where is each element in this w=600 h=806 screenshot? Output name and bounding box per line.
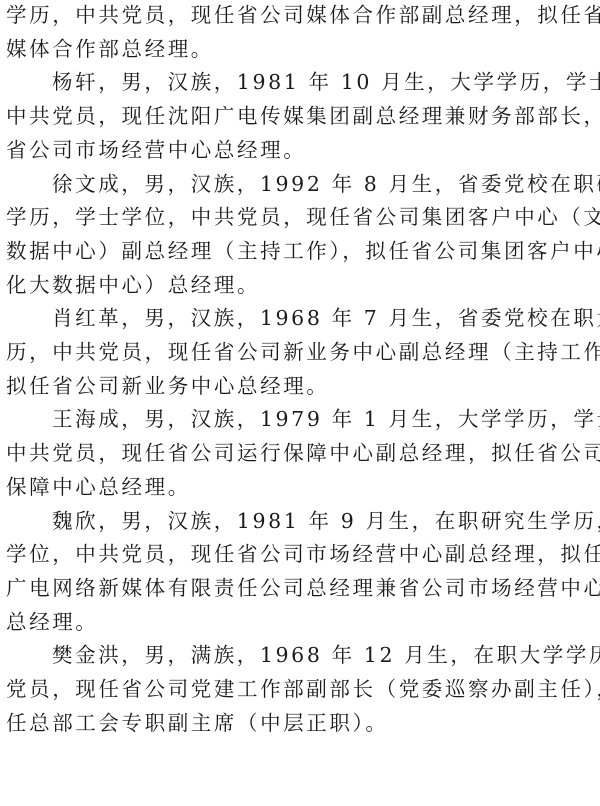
paragraph-xiao-hongge: 肖红革，男，汉族，1968 年 7 月生，省委党校在职大学学 历，中共党员，现任… — [6, 302, 591, 403]
text-line: 学历，学士学位，中共党员，现任省公司集团客户中心（文化大 — [6, 201, 591, 235]
text-line: 肖红革，男，汉族，1968 年 7 月生，省委党校在职大学学 — [6, 302, 591, 336]
text-line: 广电网络新媒体有限责任公司总经理兼省公司市场经营中心副 — [6, 572, 591, 606]
text-line: 历，中共党员，现任省公司新业务中心副总经理（主持工作）， — [6, 336, 591, 370]
text-line: 徐文成，男，汉族，1992 年 8 月生，省委党校在职研究生 — [6, 168, 591, 202]
text-line: 总经理。 — [6, 606, 591, 640]
text-line: 樊金洪，男，满族，1968 年 12 月生，在职大学学历，中共 — [6, 639, 591, 673]
text-line: 媒体合作部总经理。 — [6, 33, 591, 67]
paragraph-xu-wencheng: 徐文成，男，汉族，1992 年 8 月生，省委党校在职研究生 学历，学士学位，中… — [6, 168, 591, 303]
paragraph-continuation: 学历，中共党员，现任省公司媒体合作部副总经理，拟任省公司 媒体合作部总经理。 — [6, 0, 591, 66]
document-page: 学历，中共党员，现任省公司媒体合作部副总经理，拟任省公司 媒体合作部总经理。 杨… — [6, 0, 591, 740]
text-line: 学位，中共党员，现任省公司市场经营中心副总经理，拟任辽宁 — [6, 538, 591, 572]
text-line: 化大数据中心）总经理。 — [6, 269, 591, 303]
text-line: 省公司市场经营中心总经理。 — [6, 134, 591, 168]
paragraph-yang-xuan: 杨轩，男，汉族，1981 年 10 月生，大学学历，学士学位， 中共党员，现任沈… — [6, 66, 591, 167]
paragraph-wei-xin: 魏欣，男，汉族，1981 年 9 月生，在职研究生学历，硕士 学位，中共党员，现… — [6, 505, 591, 640]
text-line: 王海成，男，汉族，1979 年 1 月生，大学学历，学士学位， — [6, 403, 591, 437]
text-line: 党员，现任省公司党建工作部副部长（党委巡察办副主任），拟 — [6, 673, 591, 707]
text-line: 魏欣，男，汉族，1981 年 9 月生，在职研究生学历，硕士 — [6, 505, 591, 539]
text-line: 中共党员，现任省公司运行保障中心副总经理，拟任省公司运行 — [6, 437, 591, 471]
text-line: 杨轩，男，汉族，1981 年 10 月生，大学学历，学士学位， — [6, 66, 591, 100]
paragraph-wang-haicheng: 王海成，男，汉族，1979 年 1 月生，大学学历，学士学位， 中共党员，现任省… — [6, 403, 591, 504]
text-line: 保障中心总经理。 — [6, 471, 591, 505]
text-line: 拟任省公司新业务中心总经理。 — [6, 370, 591, 404]
text-line: 学历，中共党员，现任省公司媒体合作部副总经理，拟任省公司 — [6, 0, 591, 33]
text-line: 任总部工会专职副主席（中层正职）。 — [6, 707, 591, 741]
text-line: 数据中心）副总经理（主持工作），拟任省公司集团客户中心（文 — [6, 235, 591, 269]
text-line: 中共党员，现任沈阳广电传媒集团副总经理兼财务部部长，拟任 — [6, 100, 591, 134]
paragraph-fan-jinhong: 樊金洪，男，满族，1968 年 12 月生，在职大学学历，中共 党员，现任省公司… — [6, 639, 591, 740]
